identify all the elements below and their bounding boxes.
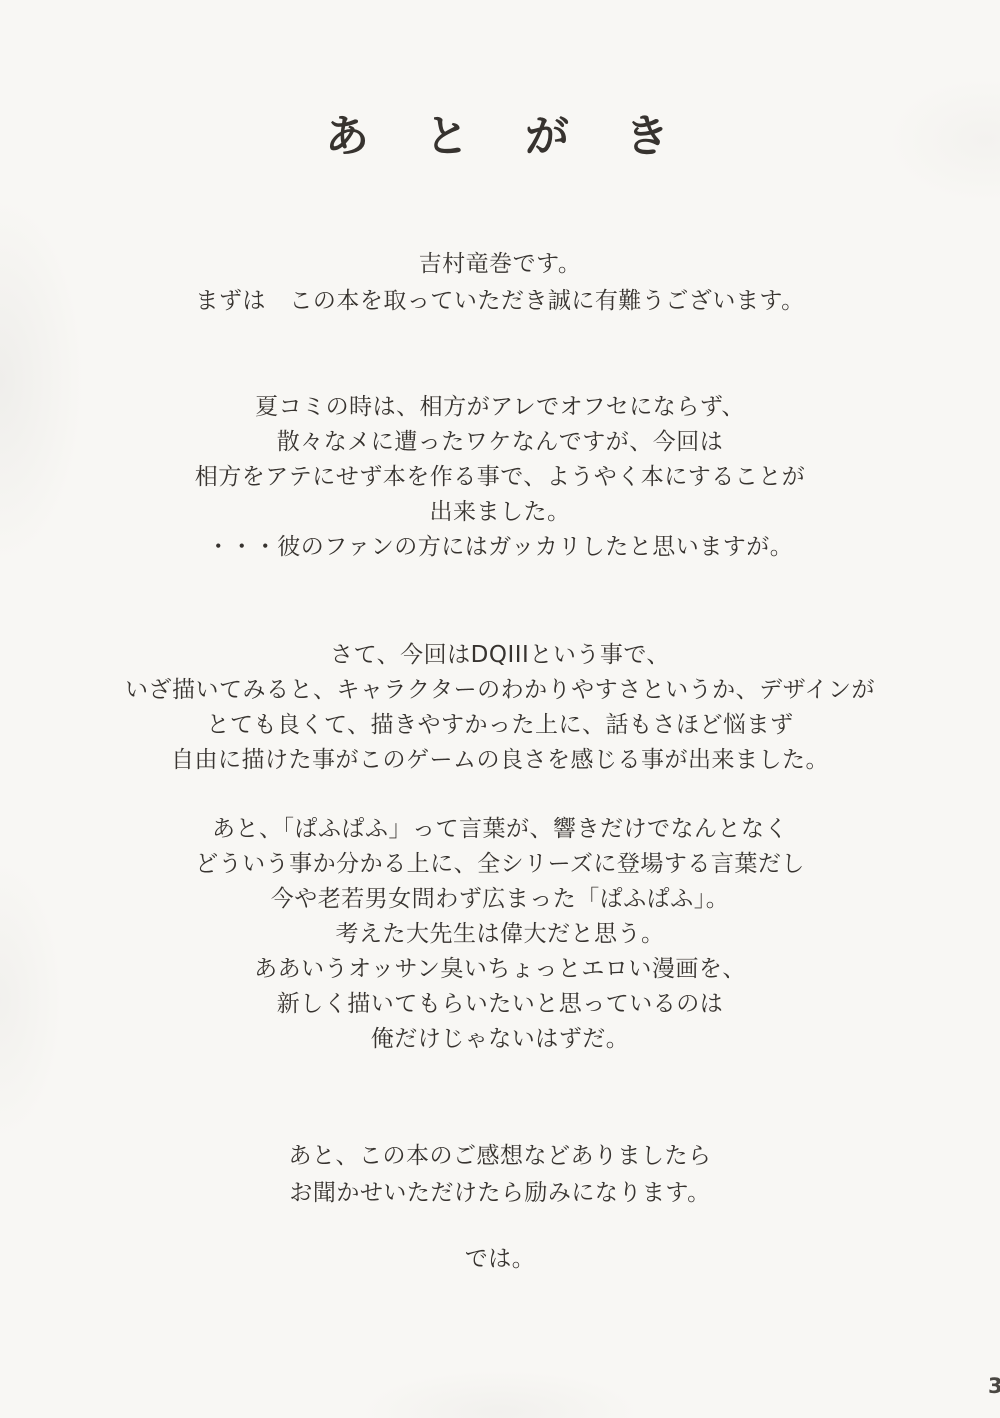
- afterword-paragraph: あと、この本のご感想などありましたらお聞かせいただけたら励みになります。: [0, 1138, 1000, 1212]
- page-title: あ と が き: [0, 100, 1000, 164]
- text-line: あと、「ぱふぱふ」って言葉が、響きだけでなんとなく: [0, 812, 1000, 847]
- text-line: 散々なメに遭ったワケなんですが、今回は: [0, 425, 1000, 460]
- text-line: ・・・彼のファンの方にはガッカリしたと思いますが。: [0, 530, 1000, 565]
- text-line: お聞かせいただけたら励みになります。: [0, 1175, 1000, 1212]
- text-line: 自由に描けた事がこのゲームの良さを感じる事が出来ました。: [0, 743, 1000, 778]
- afterword-paragraph: さて、今回はDQIIIという事で、いざ描いてみると、キャラクターのわかりやすさと…: [0, 638, 1000, 778]
- afterword-paragraph: あと、「ぱふぱふ」って言葉が、響きだけでなんとなくどういう事か分かる上に、全シリ…: [0, 812, 1000, 1057]
- text-line: では。: [0, 1242, 1000, 1277]
- text-line: 新しく描いてもらいたいと思っているのは: [0, 987, 1000, 1022]
- scanned-afterword-page: あ と が き 吉村竜巻です。まずは この本を取っていただき誠に有難うございます…: [0, 0, 1000, 1418]
- afterword-paragraph: では。: [0, 1242, 1000, 1277]
- text-line: あと、この本のご感想などありましたら: [0, 1138, 1000, 1175]
- text-line: さて、今回はDQIIIという事で、: [0, 638, 1000, 673]
- afterword-paragraph: 吉村竜巻です。まずは この本を取っていただき誠に有難うございます。: [0, 246, 1000, 320]
- text-line: 俺だけじゃないはずだ。: [0, 1022, 1000, 1057]
- text-line: ああいうオッサン臭いちょっとエロい漫画を、: [0, 952, 1000, 987]
- page-number: 3: [988, 1374, 1000, 1398]
- text-line: 今や老若男女問わず広まった「ぱふぱふ」。: [0, 882, 1000, 917]
- text-line: とても良くて、描きやすかった上に、話もさほど悩まず: [0, 708, 1000, 743]
- text-line: 吉村竜巻です。: [0, 246, 1000, 283]
- text-line: いざ描いてみると、キャラクターのわかりやすさというか、デザインが: [0, 673, 1000, 708]
- text-line: 夏コミの時は、相方がアレでオフセにならず、: [0, 390, 1000, 425]
- text-line: まずは この本を取っていただき誠に有難うございます。: [0, 283, 1000, 320]
- text-line: 出来ました。: [0, 495, 1000, 530]
- text-line: どういう事か分かる上に、全シリーズに登場する言葉だし: [0, 847, 1000, 882]
- afterword-paragraph: 夏コミの時は、相方がアレでオフセにならず、散々なメに遭ったワケなんですが、今回は…: [0, 390, 1000, 565]
- text-line: 考えた大先生は偉大だと思う。: [0, 917, 1000, 952]
- text-line: 相方をアテにせず本を作る事で、ようやく本にすることが: [0, 460, 1000, 495]
